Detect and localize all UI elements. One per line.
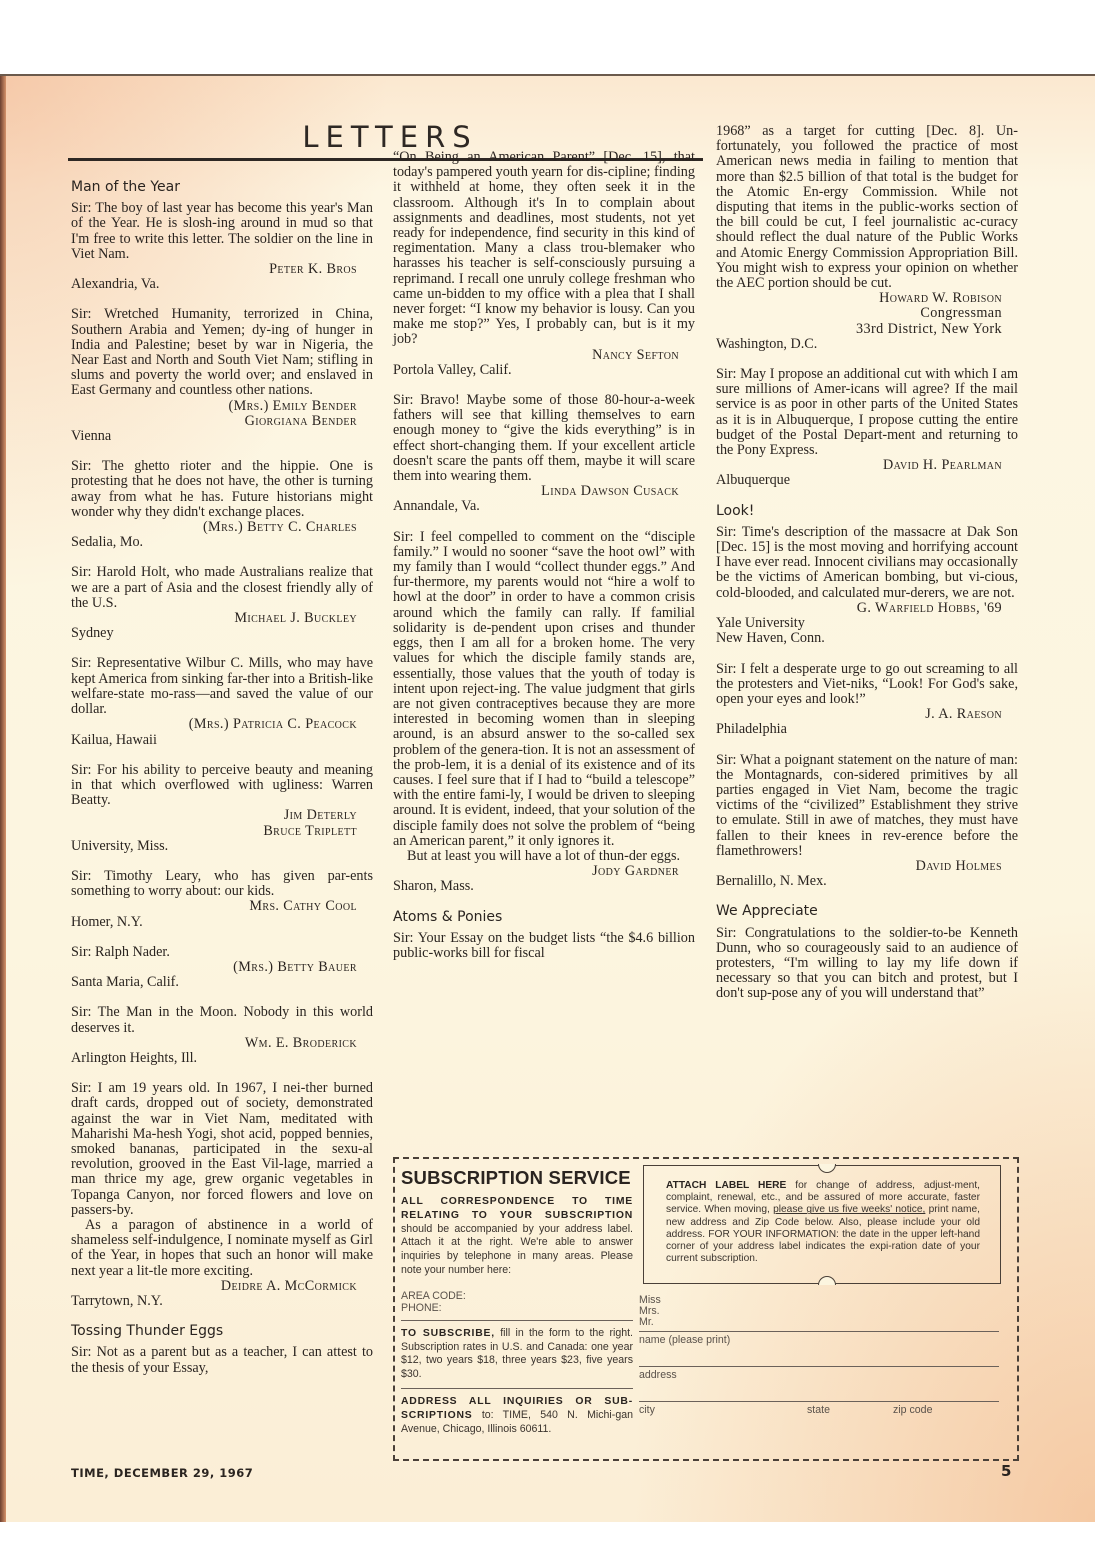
letter: Sir: Timothy Leary, who has given par-en… [71,869,373,930]
letter-location: Yale University [716,616,1018,631]
letter-signature: Howard W. Robison [716,291,1018,306]
letter-signature: Wm. E. Broderick [71,1036,373,1051]
divider [401,1388,633,1389]
letter-location: Santa Maria, Calif. [71,975,373,990]
letter: Sir: May I propose an additional cut wit… [716,367,1018,489]
letter-paragraph: Sir: I feel compelled to comment on the … [393,530,695,849]
letter-signature: Michael J. Buckley [71,611,373,626]
correspondence-text: ALL CORRESPONDENCE TO TIME RELATING TO Y… [401,1195,633,1278]
area-code-field[interactable]: AREA CODE: [401,1290,633,1302]
letter-signature: Deidre A. McCormick [71,1279,373,1294]
column-2: “On Being an American Parent” [Dec. 15],… [393,150,695,961]
letter: Sir: Harold Holt, who made Australians r… [71,565,373,641]
letter-location: Bernalillo, N. Mex. [716,874,1018,889]
letter-paragraph: “On Being an American Parent” [Dec. 15],… [393,150,695,348]
letter-paragraph: Sir: Your Essay on the budget lists “the… [393,931,695,961]
salutation-mrs[interactable]: Mrs. [639,1306,999,1317]
attach-label-underlined: please give us five weeks' notice, [773,1204,925,1215]
letter-paragraph: Sir: Harold Holt, who made Australians r… [71,565,373,611]
letter-paragraph: Sir: I am 19 years old. In 1967, I nei-t… [71,1081,373,1218]
letter-body: Sir: For his ability to perceive beauty … [71,763,373,809]
letter-location: Tarrytown, N.Y. [71,1294,373,1309]
letter-location: Alexandria, Va. [71,277,373,292]
letter-body: Sir: Representative Wilbur C. Mills, who… [71,656,373,717]
letter-signature: Mrs. Cathy Cool [71,899,373,914]
page-spine-edge [0,76,6,1522]
city-field-label: city [639,1404,807,1416]
issue-date-footer: TIME, DECEMBER 29, 1967 [71,1466,253,1480]
magazine-page: LETTERS Man of the YearSir: The boy of l… [0,74,1095,1522]
letter-section-heading: Look! [716,504,1018,519]
letter-body: Sir: Not as a parent but as a teacher, I… [71,1345,373,1375]
letter-paragraph: Sir: I felt a desperate urge to go out s… [716,662,1018,708]
letter-location: Sedalia, Mo. [71,535,373,550]
letter-location: Albuquerque [716,473,1018,488]
letter-body: Sir: Harold Holt, who made Australians r… [71,565,373,611]
letter-signature: Congressman [716,306,1018,321]
letter: Sir: I feel compelled to comment on the … [393,530,695,895]
letter: Sir: Representative Wilbur C. Mills, who… [71,656,373,747]
letter: Sir: Wretched Humanity, terrorized in Ch… [71,307,373,444]
subscribe-heading: TO SUBSCRIBE, [401,1328,495,1339]
letter-paragraph: 1968” as a target for cutting [Dec. 8]. … [716,124,1018,291]
letter-body: Sir: May I propose an additional cut wit… [716,367,1018,458]
letter-body: Sir: The ghetto rioter and the hippie. O… [71,459,373,520]
city-line[interactable] [639,1401,999,1402]
letter: Sir: What a poignant statement on the na… [716,753,1018,890]
letter-body: Sir: I felt a desperate urge to go out s… [716,662,1018,708]
letter-signature: Jim Deterly [71,808,373,823]
letter: Sir: Time's description of the massacre … [716,525,1018,647]
column-1: Man of the YearSir: The boy of last year… [71,174,373,1376]
attach-label-area[interactable]: ATTACH LABEL HERE for change of address,… [643,1165,1001,1284]
letter-signature: (Mrs.) Patricia C. Peacock [71,717,373,732]
attach-label-heading: ATTACH LABEL HERE [666,1180,786,1191]
letter-signature: Giorgiana Bender [71,414,373,429]
letter: Sir: Your Essay on the budget lists “the… [393,931,695,961]
letter-signature: Linda Dawson Cusack [393,484,695,499]
letter: Sir: For his ability to perceive beauty … [71,763,373,854]
phone-field[interactable]: PHONE: [401,1302,633,1314]
letter: Sir: The ghetto rioter and the hippie. O… [71,459,373,550]
letter: Sir: Congratulations to the soldier-to-b… [716,926,1018,1002]
letter-body: Sir: Time's description of the massacre … [716,525,1018,601]
salutation-options[interactable]: Miss Mrs. Mr. [639,1295,999,1328]
zip-field-label: zip code [893,1404,932,1416]
letter-body: Sir: The boy of last year has become thi… [71,201,373,262]
letter-body: Sir: I feel compelled to comment on the … [393,530,695,864]
letter: Sir: Bravo! Maybe some of those 80-hour-… [393,393,695,515]
letter-signature: David H. Pearlman [716,458,1018,473]
letter-paragraph: Sir: Wretched Humanity, terrorized in Ch… [71,307,373,398]
letter: 1968” as a target for cutting [Dec. 8]. … [716,124,1018,352]
letter-body: Sir: Your Essay on the budget lists “the… [393,931,695,961]
letter-signature: (Mrs.) Betty Bauer [71,960,373,975]
letter-section-heading: Atoms & Ponies [393,910,695,925]
letter-signature: (Mrs.) Emily Bender [71,399,373,414]
column-3: 1968” as a target for cutting [Dec. 8]. … [716,124,1018,1002]
letter-body: “On Being an American Parent” [Dec. 15],… [393,150,695,348]
letter-location: Arlington Heights, Ill. [71,1051,373,1066]
letter-paragraph: Sir: Not as a parent but as a teacher, I… [71,1345,373,1375]
letter-signature: David Holmes [716,859,1018,874]
letter-signature: G. Warfield Hobbs, '69 [716,601,1018,616]
letter-body: Sir: The Man in the Moon. Nobody in this… [71,1005,373,1035]
letter-location: Kailua, Hawaii [71,733,373,748]
letter-location: Sydney [71,626,373,641]
letter-body: Sir: Ralph Nader. [71,945,373,960]
letter-body: Sir: Wretched Humanity, terrorized in Ch… [71,307,373,398]
letter-body: 1968” as a target for cutting [Dec. 8]. … [716,124,1018,291]
letter-signature: Bruce Triplett [71,824,373,839]
letter: Sir: Not as a parent but as a teacher, I… [71,1345,373,1375]
salutation-miss[interactable]: Miss [639,1295,999,1306]
letter: “On Being an American Parent” [Dec. 15],… [393,150,695,378]
letter-paragraph: Sir: For his ability to perceive beauty … [71,763,373,809]
state-field-label: state [807,1404,893,1416]
letter-location: Philadelphia [716,722,1018,737]
letter-body: Sir: What a poignant statement on the na… [716,753,1018,859]
letter-location: Portola Valley, Calif. [393,363,695,378]
letter-location: University, Miss. [71,839,373,854]
letter-body: Sir: I am 19 years old. In 1967, I nei-t… [71,1081,373,1279]
letter-signature: Jody Gardner [393,864,695,879]
page-number: 5 [1001,1462,1011,1480]
letter: Sir: I am 19 years old. In 1967, I nei-t… [71,1081,373,1309]
letter-location: Homer, N.Y. [71,915,373,930]
letter-signature: J. A. Raeson [716,707,1018,722]
letter-paragraph: Sir: The ghetto rioter and the hippie. O… [71,459,373,520]
letter-location: Washington, D.C. [716,337,1018,352]
address-form: Miss Mrs. Mr. name (please print) addres… [639,1291,999,1416]
letter-section-heading: We Appreciate [716,904,1018,919]
salutation-mr[interactable]: Mr. [639,1317,999,1328]
letter-paragraph: As a paragon of abstinence in a world of… [71,1218,373,1279]
letter-paragraph: Sir: The boy of last year has become thi… [71,201,373,262]
letter: Sir: The Man in the Moon. Nobody in this… [71,1005,373,1066]
letter-paragraph: Sir: What a poignant statement on the na… [716,753,1018,859]
name-field-label: name (please print) [639,1334,999,1366]
letter-location: Sharon, Mass. [393,879,695,894]
letter-paragraph: Sir: Timothy Leary, who has given par-en… [71,869,373,899]
letter-paragraph: Sir: Congratulations to the soldier-to-b… [716,926,1018,1002]
letter-location: Vienna [71,429,373,444]
letter-signature: Nancy Sefton [393,348,695,363]
letter-signature: 33rd District, New York [716,322,1018,337]
letter-paragraph: Sir: The Man in the Moon. Nobody in this… [71,1005,373,1035]
letter-body: Sir: Congratulations to the soldier-to-b… [716,926,1018,1002]
letter-paragraph: Sir: Representative Wilbur C. Mills, who… [71,656,373,717]
label-notch-top [818,1164,836,1173]
address-line[interactable] [639,1366,999,1367]
label-notch-bottom [818,1276,836,1285]
subscribe-text: TO SUBSCRIBE, fill in the form to the ri… [401,1327,633,1382]
attach-label-text: ATTACH LABEL HERE for change of address,… [666,1180,980,1265]
letter-location: Annandale, Va. [393,499,695,514]
address-field-label: address [639,1369,999,1401]
letter-section-heading: Man of the Year [71,180,373,195]
correspondence-body: should be accompanied by your address la… [401,1223,633,1276]
letter-paragraph: Sir: Time's description of the massacre … [716,525,1018,601]
letter-body: Sir: Bravo! Maybe some of those 80-hour-… [393,393,695,484]
letter-paragraph: Sir: Bravo! Maybe some of those 80-hour-… [393,393,695,484]
letter-signature: Peter K. Bros [71,262,373,277]
address-inquiries-text: ADDRESS ALL INQUIRIES OR SUB-SCRIPTIONS … [401,1395,633,1436]
subscription-title: SUBSCRIPTION SERVICE [401,1167,633,1189]
letter: Sir: The boy of last year has become thi… [71,201,373,292]
subscription-service-box: SUBSCRIPTION SERVICE ALL CORRESPONDENCE … [393,1157,1019,1461]
letter: Sir: I felt a desperate urge to go out s… [716,662,1018,738]
divider [401,1320,633,1321]
name-line[interactable] [639,1331,999,1332]
correspondence-heading: ALL CORRESPONDENCE TO TIME RELATING TO Y… [401,1196,633,1221]
letter-paragraph: Sir: May I propose an additional cut wit… [716,367,1018,458]
letter: Sir: Ralph Nader.(Mrs.) Betty BauerSanta… [71,945,373,991]
letter-signature: (Mrs.) Betty C. Charles [71,520,373,535]
letter-paragraph: Sir: Ralph Nader. [71,945,373,960]
letter-body: Sir: Timothy Leary, who has given par-en… [71,869,373,899]
letter-paragraph: But at least you will have a lot of thun… [393,849,695,864]
letter-section-heading: Tossing Thunder Eggs [71,1324,373,1339]
subscription-info: SUBSCRIPTION SERVICE ALL CORRESPONDENCE … [401,1167,633,1436]
letter-location: New Haven, Conn. [716,631,1018,646]
